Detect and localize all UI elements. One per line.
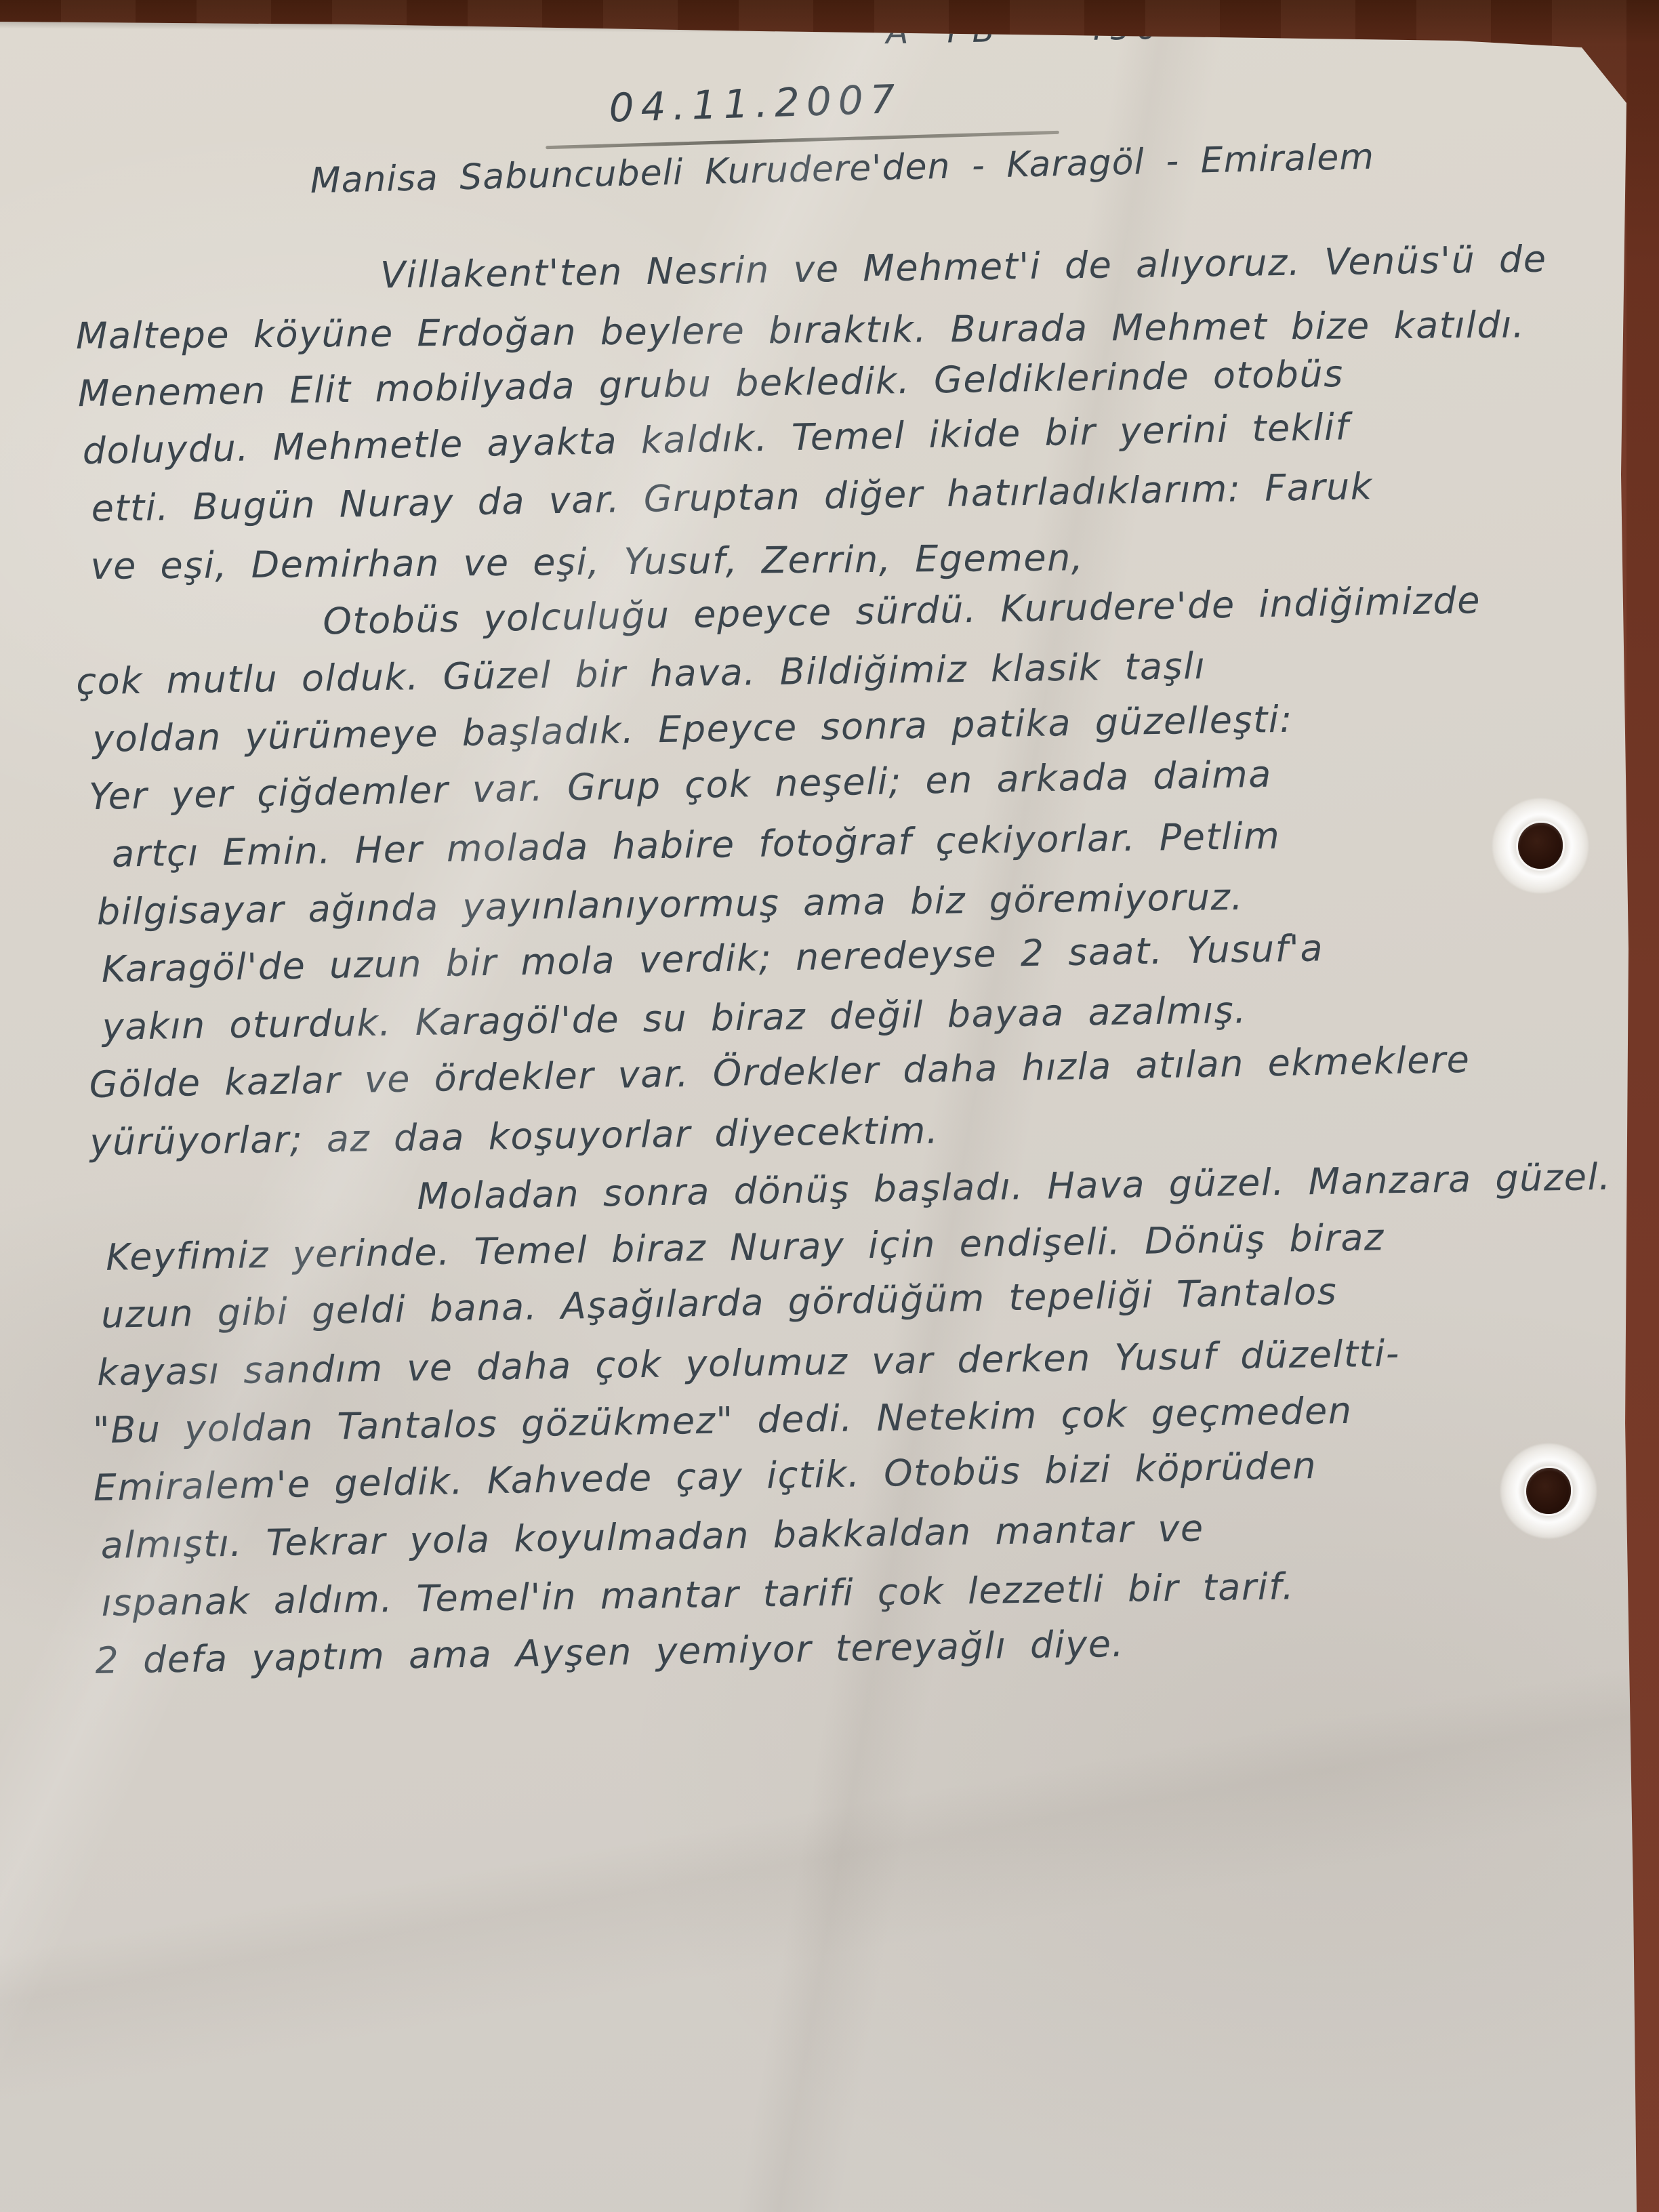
- hole-opening: [1518, 823, 1563, 869]
- reference-code: A PB - 456: [886, 9, 1162, 52]
- entry-date: 04.11.2007: [609, 76, 903, 131]
- handwritten-line: yakın oturduk. Karagöl'de su biraz değil…: [102, 987, 1247, 1051]
- handwriting-layer: A PB - 456 04.11.2007 Manisa Sabuncubeli…: [0, 0, 1659, 2212]
- handwritten-line: yürüyorlar; az daa koşuyorlar diyecektim…: [89, 1107, 939, 1166]
- handwritten-line: almıştı. Tekrar yola koyulmadan bakkalda…: [100, 1504, 1204, 1570]
- handwritten-line: bilgisayar ağında yayınlanıyormuş ama bi…: [96, 874, 1244, 936]
- handwritten-line: artçı Emin. Her molada habire fotoğraf ç…: [111, 813, 1280, 878]
- handwritten-line: Emiralem'e geldik. Kahvede çay içtik. Ot…: [93, 1442, 1317, 1512]
- handwritten-line: çok mutlu olduk. Güzel bir hava. Bildiği…: [76, 642, 1206, 705]
- handwritten-line: ıspanak aldım. Temel'in mantar tarifi ço…: [101, 1563, 1295, 1627]
- handwritten-line: ve eşi, Demirhan ve eşi, Yusuf, Zerrin, …: [90, 534, 1084, 590]
- route-title: Manisa Sabuncubeli Kurudere'den - Karagö…: [310, 137, 1375, 202]
- paper-sheet: A PB - 456 04.11.2007 Manisa Sabuncubeli…: [0, 0, 1659, 2212]
- photo-of-handwritten-note: { "photo": { "colors": { "wood": "#7b3b2…: [0, 0, 1659, 2212]
- handwritten-line: etti. Bugün Nuray da var. Gruptan diğer …: [91, 463, 1373, 533]
- handwritten-line: Moladan sonra dönüş başladı. Hava güzel.…: [417, 1153, 1612, 1221]
- handwritten-line: 2 defa yaptım ama Ayşen yemiyor tereyağl…: [95, 1620, 1125, 1685]
- handwritten-line: kayası sandım ve daha çok yolumuz var de…: [97, 1330, 1401, 1397]
- hole-opening: [1526, 1468, 1571, 1514]
- handwritten-line: Karagöl'de uzun bir mola verdik; neredey…: [101, 924, 1324, 993]
- handwritten-line: Otobüs yolculuğu epeyce sürdü. Kurudere'…: [323, 577, 1481, 645]
- handwritten-line: Yer yer çiğdemler var. Grup çok neşeli; …: [88, 751, 1272, 821]
- handwritten-line: Villakent'ten Nesrin ve Mehmet'i de alıy…: [380, 235, 1547, 299]
